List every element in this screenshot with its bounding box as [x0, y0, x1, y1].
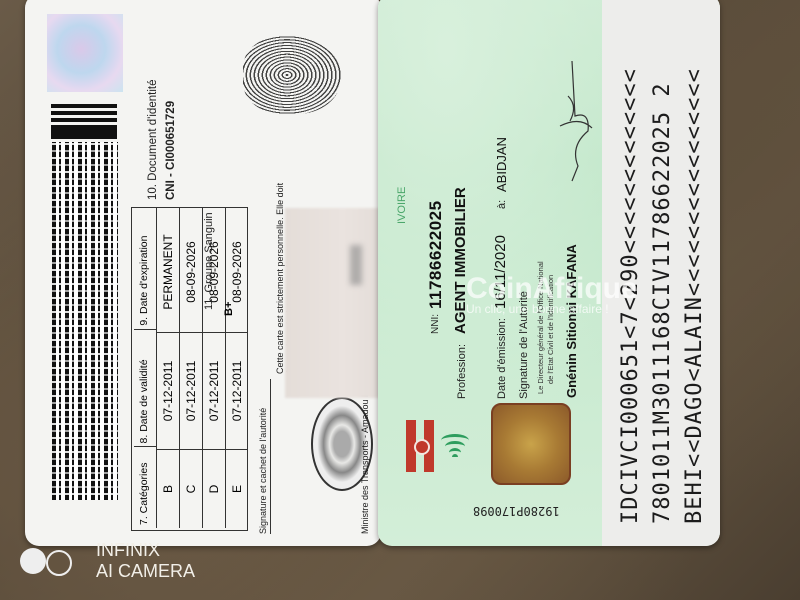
- serial-number: 19280P170098: [473, 504, 560, 518]
- mrz-line-2: 7801011M3011168CIV11786622025 2: [650, 82, 675, 524]
- blood-group-value: B+: [223, 302, 235, 316]
- camera-watermark: INFINIX AI CAMERA: [96, 540, 195, 582]
- contactless-icon: [440, 430, 470, 460]
- hologram-icon: [47, 14, 123, 92]
- header-categories: 7. Catégories: [134, 446, 156, 528]
- categories-table: 7. Catégories 8. Date de validité 9. Dat…: [131, 207, 248, 531]
- cell-validity: 07-12-2011: [157, 332, 179, 449]
- cell-expiration: PERMANENT: [157, 212, 179, 332]
- cell-category: D: [203, 449, 225, 528]
- coinafrique-watermark: CoinAfrique Un clic, une bonne affaire !: [466, 272, 638, 316]
- smart-chip: [491, 403, 571, 485]
- table-row: B07-12-2011PERMANENT: [157, 208, 180, 528]
- cell-validity: 07-12-2011: [180, 332, 202, 449]
- cell-expiration: 08-09-2026: [180, 212, 202, 332]
- signature-label: Signature et cachet de l'autorité: [258, 408, 268, 534]
- country-label: IVOIRE: [396, 187, 408, 224]
- nni-value: 11786622025: [426, 200, 446, 309]
- minister-name: Ministre des Transports - Amadou KO: [360, 384, 370, 534]
- profession-label: Profession:: [456, 344, 468, 399]
- table-row: C07-12-201108-09-2026: [180, 208, 203, 528]
- table-row: E07-12-201108-09-2026: [226, 208, 248, 528]
- cell-category: B: [157, 449, 179, 528]
- fingerprint-image: [243, 36, 341, 114]
- identity-doc-label: 10. Document d'identité: [147, 80, 159, 200]
- cell-category: C: [180, 449, 202, 528]
- header-validity: 8. Date de validité: [134, 329, 156, 447]
- place-label: à:: [496, 200, 508, 209]
- director-signature: [550, 56, 595, 186]
- emblem-icon: [406, 420, 434, 472]
- cell-category: E: [226, 449, 248, 528]
- header-expiration: 9. Date d'expiration: [134, 208, 156, 329]
- nni-label: NNI:: [430, 314, 441, 334]
- cell-validity: 07-12-2011: [203, 332, 225, 449]
- issue-date-label: Date d'émission:: [496, 318, 508, 399]
- identity-doc-value: CNI - CI000651729: [165, 101, 177, 200]
- blood-group-label: 11. Groupe Sanguin: [203, 212, 215, 310]
- mrz-line-3: BEHI<<DAGO<ALAIN<<<<<<<<<<<<<<<<: [682, 68, 707, 524]
- notice-line1: Cette carte est strictement personnelle.…: [275, 183, 285, 374]
- place-value: ABIDJAN: [494, 137, 509, 192]
- cell-validity: 07-12-2011: [226, 332, 248, 449]
- barcode: [51, 104, 117, 142]
- director-name: Gnénin Sitionni KAFANA: [564, 244, 579, 398]
